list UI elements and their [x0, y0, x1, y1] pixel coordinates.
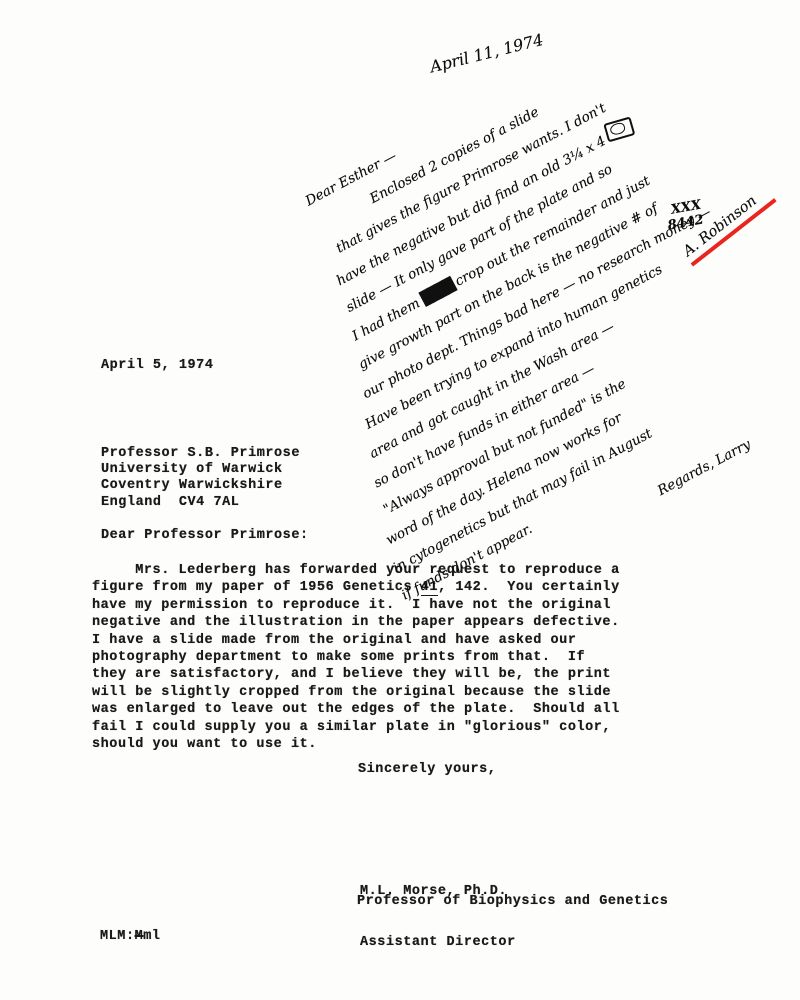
salutation: Dear Professor Primrose: — [101, 528, 309, 543]
body-line: figure from my paper of 1956 Genetics 41… — [92, 579, 620, 596]
handwritten-note: Dear Esther —Enclosed 2 copies of a slid… — [300, 25, 800, 587]
text-segment: England CV4 7AL — [101, 495, 239, 510]
recipient-block: Professor S.B. PrimroseUniversity of War… — [101, 446, 300, 511]
text-segment: Coventry Warwickshire — [101, 478, 283, 493]
recipient-line: University of Warwick — [101, 462, 300, 478]
text-segment: fail I could supply you a similar plate … — [92, 720, 611, 735]
recipient-line: Professor S.B. Primrose — [101, 446, 300, 462]
text-segment: they are satisfactory, and I believe the… — [92, 667, 611, 682]
body-line: photography department to make some prin… — [92, 649, 620, 666]
letter-body: Mrs. Lederberg has forwarded your reques… — [92, 562, 620, 753]
text-segment: figure from my paper of 1956 Genetics — [92, 580, 421, 595]
text-segment: University of Warwick — [101, 462, 283, 477]
text-segment: negative and the illustration in the pap… — [92, 615, 620, 630]
signature-title: Assistant Director — [360, 934, 516, 951]
initials-pre: MLM: — [100, 929, 135, 944]
body-line: I have a slide made from the original an… — [92, 632, 620, 649]
recipient-line: England CV4 7AL — [101, 495, 300, 511]
text-segment: have my permission to reproduce it. I ha… — [92, 598, 611, 613]
body-line: negative and the illustration in the pap… — [92, 614, 620, 631]
signature-role: Professor of Biophysics and Genetics — [357, 894, 668, 909]
negative-number: XXX 8442 — [664, 198, 705, 234]
initials-post: ml — [143, 929, 160, 944]
recipient-line: Coventry Warwickshire — [101, 478, 300, 494]
scanned-letter-page: April 5, 1974 Professor S.B. PrimroseUni… — [0, 0, 800, 1000]
body-line: should you want to use it. — [92, 736, 620, 753]
body-line: have my permission to reproduce it. I ha… — [92, 597, 620, 614]
reference-initials: MLM:Mml — [100, 929, 161, 944]
slide-sketch — [603, 117, 635, 143]
text-segment: should you want to use it. — [92, 737, 317, 752]
body-line: was enlarged to leave out the edges of t… — [92, 701, 620, 718]
text-segment: was enlarged to leave out the edges of t… — [92, 702, 620, 717]
body-line: will be slightly cropped from the origin… — [92, 684, 620, 701]
letter-date: April 5, 1974 — [101, 358, 213, 373]
text-segment: photography department to make some prin… — [92, 650, 585, 665]
signature-block: M.L. Morse, Ph.D. Assistant Director — [360, 849, 516, 985]
text-segment: Professor S.B. Primrose — [101, 446, 300, 461]
body-line: fail I could supply you a similar plate … — [92, 719, 620, 736]
body-line: they are satisfactory, and I believe the… — [92, 666, 620, 683]
closing: Sincerely yours, — [358, 762, 496, 777]
text-segment: , 142. You certainly — [438, 580, 620, 595]
text-segment: will be slightly cropped from the origin… — [92, 685, 611, 700]
initials-struck-char: M — [135, 929, 144, 944]
text-segment: I have a slide made from the original an… — [92, 633, 576, 648]
